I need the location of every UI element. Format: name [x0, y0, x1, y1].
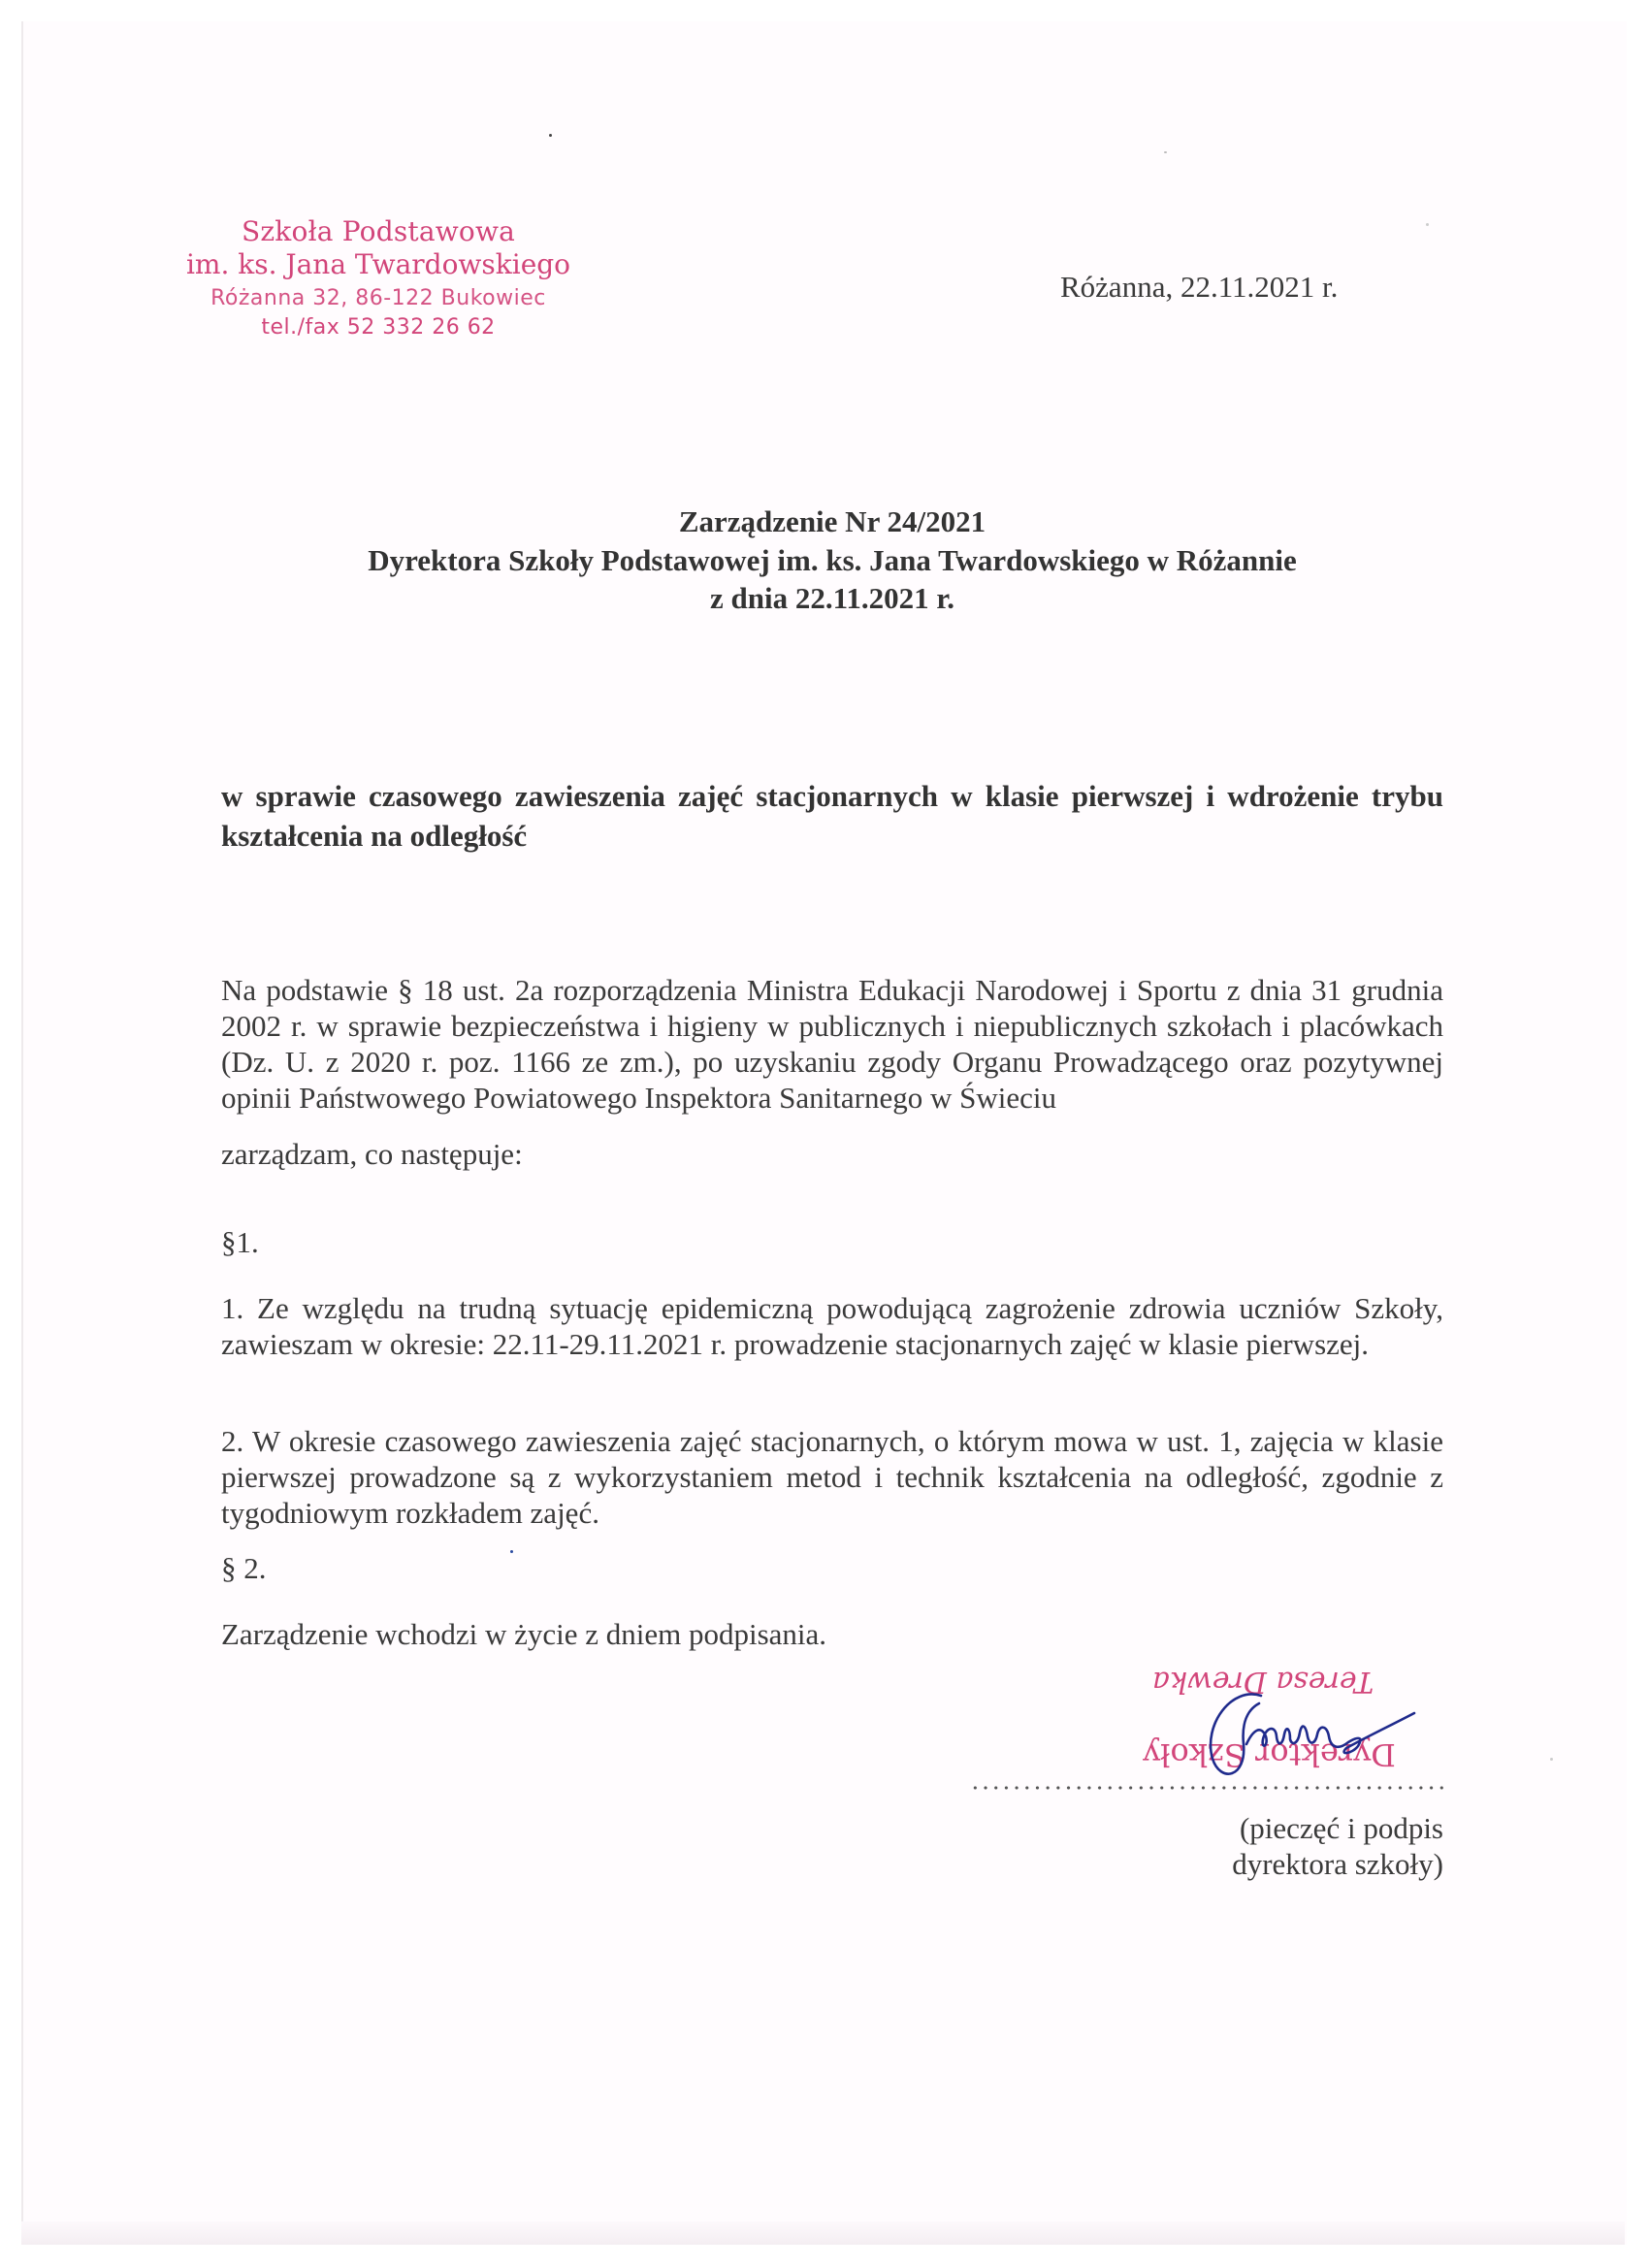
document-issuer: Dyrektora Szkoły Podstawowej im. ks. Jan…	[221, 541, 1443, 580]
scan-speck	[1164, 151, 1167, 153]
scan-speck	[1426, 223, 1429, 226]
section-2-text: Zarządzenie wchodzi w życie z dniem podp…	[221, 1616, 1443, 1652]
scanned-page	[21, 21, 1627, 2245]
section-2-heading: § 2.	[221, 1550, 1443, 1586]
section-1-item-2: 2. W okresie czasowego zawieszenia zajęć…	[221, 1423, 1443, 1531]
page-edge-shadow	[21, 2221, 1625, 2245]
place-date: Różanna, 22.11.2021 r.	[1060, 270, 1338, 305]
document-title: Zarządzenie Nr 24/2021	[221, 502, 1443, 541]
scan-speck	[1550, 1758, 1553, 1761]
signature-caption-line-2: dyrektora szkoły)	[1232, 1846, 1443, 1882]
signature-dotted-line	[970, 1781, 1443, 1795]
school-stamp-name: Szkoła Podstawowa	[175, 215, 582, 248]
handwritten-signature-icon	[1193, 1686, 1416, 1783]
signature-caption-line-1: (pieczęć i podpis	[1240, 1810, 1443, 1846]
section-1-heading: §1.	[221, 1224, 1443, 1260]
school-stamp-phone: tel./fax 52 332 26 62	[175, 314, 582, 341]
legal-basis-paragraph: Na podstawie § 18 ust. 2a rozporządzenia…	[221, 972, 1443, 1116]
section-1-item-1: 1. Ze względu na trudną sytuację epidemi…	[221, 1290, 1443, 1362]
scan-speck	[549, 134, 552, 137]
document-subject: w sprawie czasowego zawieszenia zajęć st…	[221, 776, 1443, 856]
school-stamp-patron: im. ks. Jana Twardowskiego	[175, 248, 582, 281]
document-date: z dnia 22.11.2021 r.	[221, 579, 1443, 618]
school-stamp-address: Różanna 32, 86-122 Bukowiec	[175, 285, 582, 312]
order-intro: zarządzam, co następuje:	[221, 1136, 1443, 1172]
